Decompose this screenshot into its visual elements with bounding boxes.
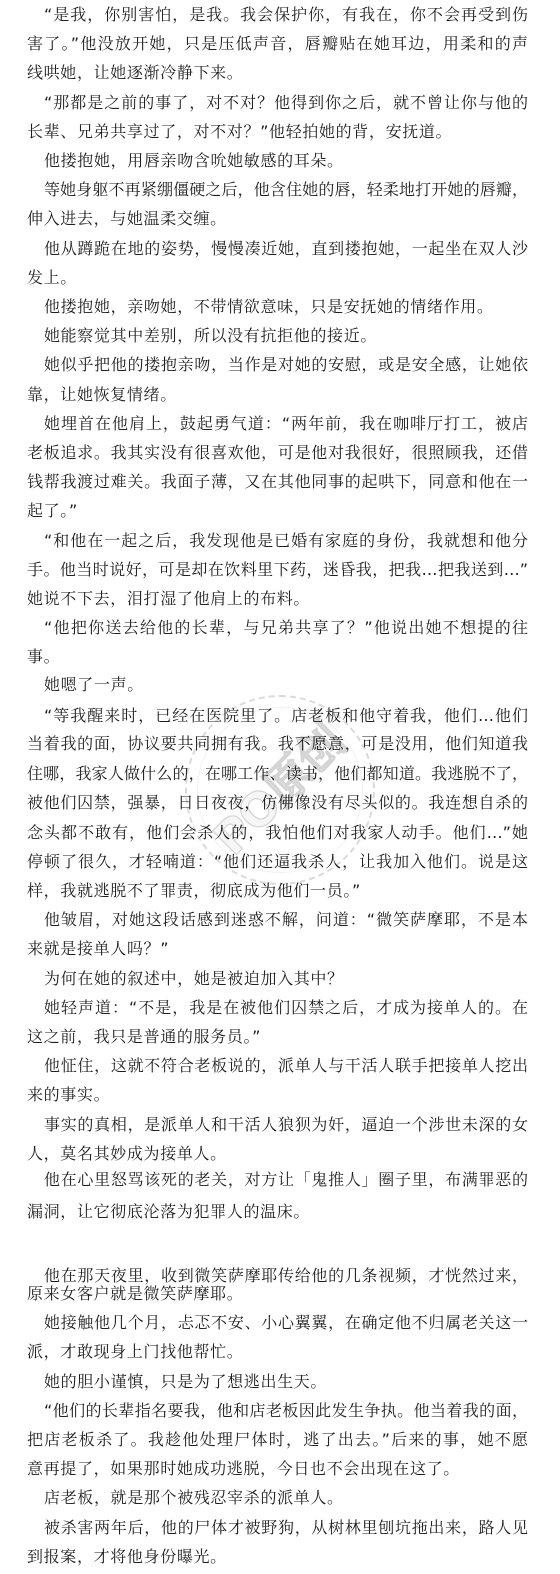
text-line: 他搂抱她，亲吻她，不带情欲意味，只是安抚她的情绪作用。 xyxy=(44,297,494,317)
text-line: 他在那天夜里，收到微笑萨摩耶传给他的几条视频，才恍然过来， xyxy=(44,1266,528,1286)
text-line: 事实的真相，是派单人和干活人狼狈为奸，逼迫一个涉世未深的女 xyxy=(44,1115,528,1135)
text-line: 店老板，就是那个被残忍宰杀的派单人。 xyxy=(44,1488,344,1508)
text-line: 人，莫名其妙成为接单人。 xyxy=(27,1144,227,1164)
text-line: 他搂抱她，用唇亲吻含吮她敏感的耳朵。 xyxy=(44,151,344,171)
text-line: 她说不下去，泪打湿了他肩上的布料。 xyxy=(27,589,310,609)
text-line: 她似乎把他的搂抱亲吻，当作是对她的安慰，或是安全感，让她依 xyxy=(44,355,528,375)
text-line: 他怔住，这就不符合老板说的，派单人与干活人联手把接单人挖出 xyxy=(44,1056,528,1076)
text-line: 她接触他几个月，忐忑不安、小心翼翼，在确定他不归属老关这一 xyxy=(44,1313,528,1333)
text-line: 她轻声道：“不是，我是在被他们囚禁之后，才成为接单人的。在 xyxy=(44,998,528,1018)
text-line: 这之前，我只是普通的服务员。” xyxy=(27,1027,261,1047)
text-line: 靠，让她恢复情绪。 xyxy=(27,385,177,405)
text-line: 他皱眉，对她这段话感到迷惑不解，问道：“微笑萨摩耶，不是本 xyxy=(44,910,528,930)
text-line: 来的事实。 xyxy=(27,1085,110,1105)
text-line: 意再提了，如果那时她成功逃脱，今日也不会出现在这了。 xyxy=(27,1459,460,1479)
text-line: 当着我的面，协议要共同拥有我。我不愿意，可是没用，他们知道我 xyxy=(27,734,528,754)
text-line: 她埋首在他肩上，鼓起勇气道：“两年前，我在咖啡厅打工，被店 xyxy=(44,414,528,434)
text-line: “和他在一起之后，我发现他是已婚有家庭的身份，我就想和他分 xyxy=(44,531,528,551)
text-line: 把店老板杀了。我趁他处理尸体时，逃了出去。”后来的事，她不愿 xyxy=(27,1430,528,1450)
text-line: 她嗯了一声。 xyxy=(44,675,144,695)
text-line: 被杀害两年后，他的尸体才被野狗，从树林里刨坑拖出来，路人见 xyxy=(44,1518,528,1538)
text-line: 漏洞，让它彻底沦落为犯罪人的温床。 xyxy=(27,1202,310,1222)
text-line: 发上。 xyxy=(27,268,77,288)
text-line: 伸入进去，与她温柔交缠。 xyxy=(27,209,227,229)
text-line: 他在心里怒骂该死的老关，对方让「鬼推人」圈子里，布满罪恶的 xyxy=(44,1170,528,1190)
text-line: 住哪，我家人做什么的，在哪工作、读书，他们都知道。我逃脱不了， xyxy=(27,764,528,784)
text-line: 为何在她的叙述中，她是被迫加入其中？ xyxy=(44,969,344,989)
text-line: 她能察觉其中差别，所以没有抗拒他的接近。 xyxy=(44,326,377,346)
text-line: 手。他当时说好，可是却在饮料里下药，迷昏我，把我…把我送到…” xyxy=(27,560,528,580)
text-line: 老板追求。我其实没有很喜欢他，可是他对我很好，很照顾我，还借 xyxy=(27,443,528,463)
text-line: “他把你送去给他的长辈，与兄弟共享了？”他说出她不想提的往 xyxy=(44,618,528,638)
text-line: 起了。” xyxy=(27,501,78,521)
text-line: 来就是接单人吗？” xyxy=(27,939,169,959)
text-line: 被他们囚禁，强暴，日日夜夜，仿佛像没有尽头似的。我连想自杀的 xyxy=(27,793,528,813)
text-line: 害了。”他没放开她，只是压低声音，唇瓣贴在她耳边，用柔和的声 xyxy=(27,34,528,54)
text-line: 停顿了很久，才轻喃道：“他们还逼我杀人，让我加入他们。说是这 xyxy=(27,852,528,872)
text-line: 派，才敢现身上门找他帮忙。 xyxy=(27,1342,243,1362)
text-line: 她的胆小谨慎，只是为了想逃出生天。 xyxy=(44,1372,327,1392)
text-line: 念头都不敢有，他们会杀人的，我怕他们对我家人动手。他们…”她 xyxy=(27,823,528,843)
text-line: 到报案，才将他身份曝光。 xyxy=(27,1547,227,1567)
text-line: 事。 xyxy=(27,647,60,667)
text-line: “他们的长辈指名要我，他和店老板因此发生争执。他当着我的面， xyxy=(44,1401,528,1421)
text-line: “是我，你别害怕，是我。我会保护你，有我在，你不会再受到伤 xyxy=(44,5,528,25)
text-line: “那都是之前的事了，对不对？他得到你之后，就不曾让你与他的 xyxy=(44,93,528,113)
reading-page: PO原创 “是我，你别害怕，是我。我会保护你，有我在，你不会再受到伤 害了。”他… xyxy=(0,0,560,1574)
text-line: 线哄她，让她逐渐冷静下来。 xyxy=(27,63,243,83)
text-line: 原来女客户就是微笑萨摩耶。 xyxy=(27,1284,243,1304)
text-line: 等她身躯不再紧绷僵硬之后，他含住她的唇，轻柔地打开她的唇瓣， xyxy=(44,180,528,200)
text-line: “等我醒来时，已经在医院里了。店老板和他守着我，他们…他们 xyxy=(44,706,528,726)
text-line: 样，我就逃脱不了罪责，彻底成为他们一员。” xyxy=(27,881,361,901)
text-line: 长辈、兄弟共享过了，对不对？”他轻拍她的背，安抚道。 xyxy=(27,122,452,142)
text-line: 他从蹲跪在地的姿势，慢慢凑近她，直到搂抱她，一起坐在双人沙 xyxy=(44,239,528,259)
text-line: 钱帮我渡过难关。我面子薄，又在其他同事的起哄下，同意和他在一 xyxy=(27,472,528,492)
